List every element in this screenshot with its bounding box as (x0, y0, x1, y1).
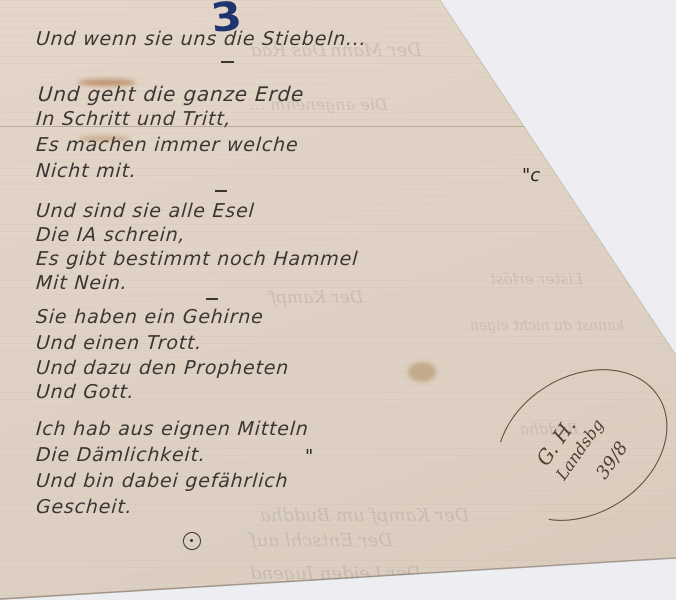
poem-line: Und sind sie alle Esel (35, 200, 255, 222)
bleed-through-text: Der Kampf um Buddha (260, 505, 469, 526)
margin-mark: "c (522, 165, 540, 186)
poem-line: Und dazu den Propheten (35, 357, 290, 379)
poem-line: Und Gott. (35, 381, 135, 403)
poem-line: Mit Nein. (35, 272, 128, 294)
bleed-through-text: Lister erlöst (490, 270, 583, 288)
poem-line: Und einen Trott. (35, 332, 203, 354)
bleed-through-text: Der Entschl auf (250, 530, 393, 551)
poem-line: Die Dämlichkeit. (35, 444, 206, 466)
bleed-through-text: Der Kampf (270, 288, 363, 308)
poem-line: Es machen immer welche (35, 134, 299, 156)
dash-mark (221, 61, 234, 63)
dash-mark (215, 190, 227, 192)
rust-stain (408, 362, 436, 382)
poem-line: In Schritt und Tritt, (35, 108, 232, 130)
bleed-through-text: kannst du nicht eigen (470, 318, 624, 334)
paper-sheet: Der Mann Das Rad Die angenehm ... Der Ka… (0, 0, 676, 600)
poem-line: Die IA schrein, (35, 224, 186, 246)
bleed-through-text: Der Leiden Jugend (250, 563, 421, 584)
poem-line: Gescheit. (35, 496, 133, 518)
poem-line: Nicht mit. (35, 160, 137, 182)
document-scan: Der Mann Das Rad Die angenehm ... Der Ka… (0, 0, 676, 600)
poem-line: Und bin dabei gefährlich (35, 470, 289, 492)
poem-line: Sie haben ein Gehirne (35, 306, 264, 328)
poem-line: Ich hab aus eignen Mitteln (35, 418, 309, 440)
poem-line: Und geht die ganze Erde (37, 82, 305, 106)
poem-title-line: Und wenn sie uns die Stiebeln... (35, 28, 367, 50)
circled-dot-mark (183, 532, 201, 550)
ditto-mark: " (305, 446, 313, 467)
dash-mark (206, 298, 218, 300)
poem-line: Es gibt bestimmt noch Hammel (35, 248, 359, 270)
